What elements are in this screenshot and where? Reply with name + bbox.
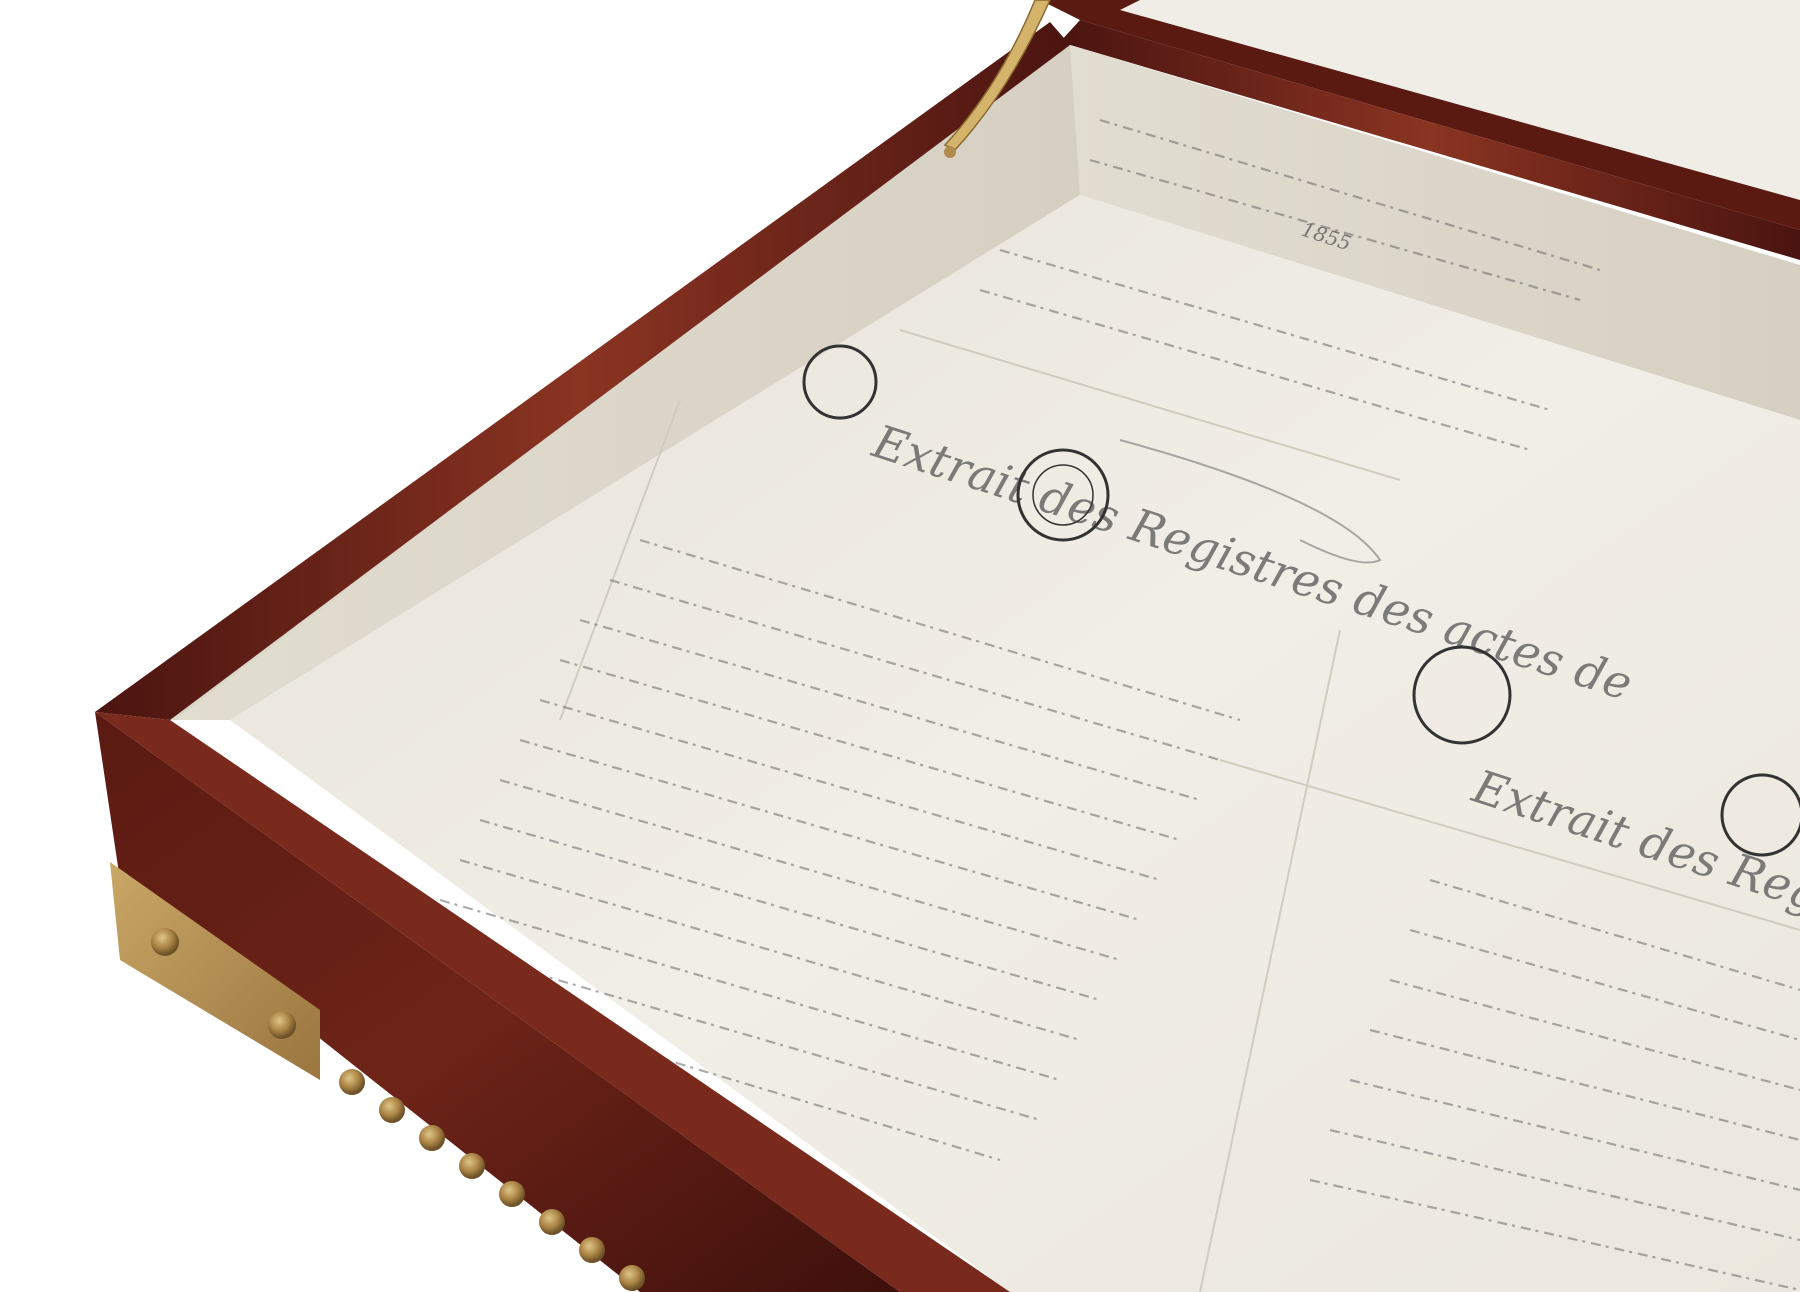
leather-box-illustration: Extrait des Registres des actes de Extra… — [0, 0, 1800, 1292]
product-photo: Extrait des Registres des actes de Extra… — [0, 0, 1800, 1292]
